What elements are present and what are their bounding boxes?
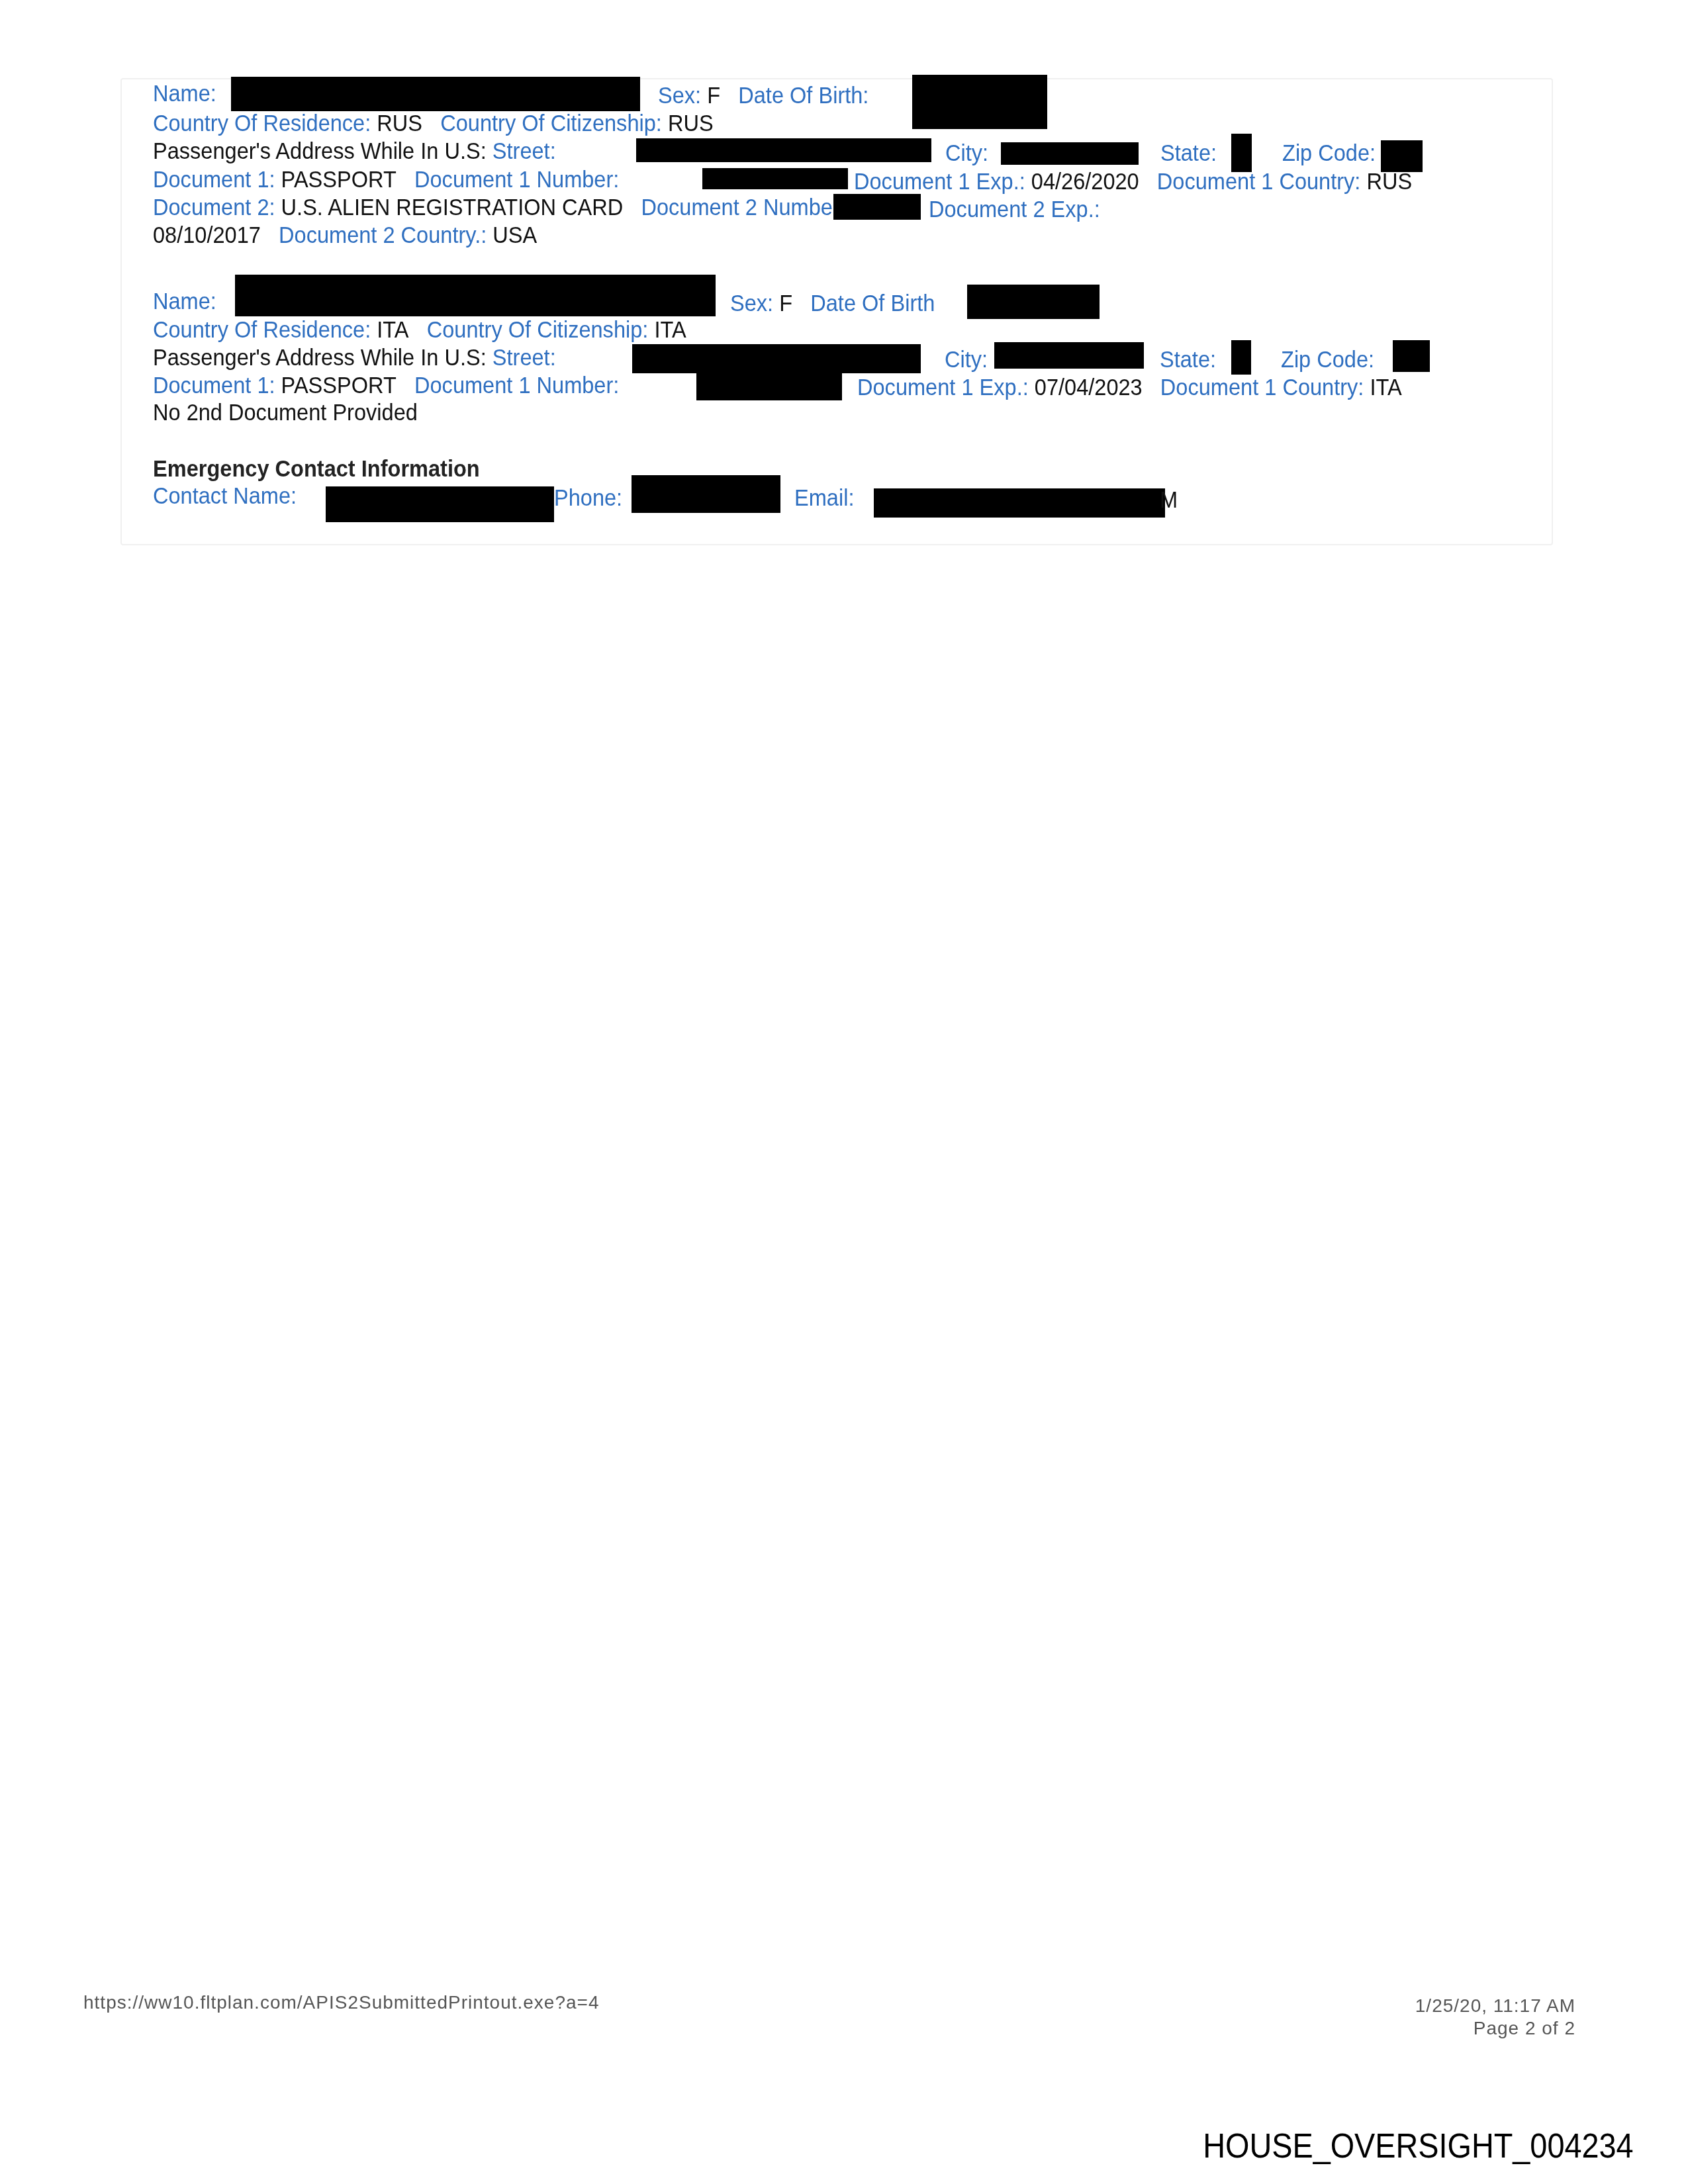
state-label: State: [1160, 140, 1217, 166]
doc2-exp-value: 08/10/2017 [153, 222, 261, 248]
p1-doc1-line: Document 1: PASSPORT Document 1 Number: [153, 167, 619, 193]
doc1-label: Document 1: [153, 167, 275, 193]
doc1-exp-label: Document 1 Exp.: [857, 375, 1029, 400]
residence-label: Country Of Residence: [153, 317, 371, 343]
p1-country-line: Country Of Residence: RUS Country Of Cit… [153, 111, 714, 137]
doc1-value: PASSPORT [281, 167, 397, 193]
p2-doc1-line: Document 1: PASSPORT Document 1 Number: [153, 373, 619, 399]
dob-redaction [912, 75, 1047, 129]
residence-value: ITA [377, 317, 408, 343]
city-label: City: [945, 140, 988, 166]
street-label: Street: [492, 345, 556, 371]
emergency-contact-heading: Emergency Contact Information [153, 456, 480, 482]
name-redaction [235, 275, 716, 316]
zip-label: Zip Code: [1281, 347, 1374, 373]
doc2-label: Document 2: [153, 195, 275, 220]
no-doc2-text: No 2nd Document Provided [153, 400, 418, 426]
city-redaction [994, 342, 1144, 369]
phone-line: Phone: [554, 485, 622, 512]
p2-city: City: [945, 347, 988, 373]
doc2-country-label: Document 2 Country.: [279, 222, 487, 248]
street-redaction [632, 344, 921, 373]
phone-label: Phone: [554, 485, 622, 511]
footer-timestamp: 1/25/20, 11:17 AM [1415, 1995, 1575, 2017]
street-label: Street: [492, 138, 556, 164]
citizenship-label: Country Of Citizenship: [440, 111, 662, 136]
city-redaction [1001, 142, 1139, 165]
bates-number: HOUSE_OVERSIGHT_004234 [1203, 2126, 1634, 2166]
contact-name-redaction [326, 486, 554, 522]
p1-name-line: Name: [153, 81, 216, 107]
email-line: Email: [794, 485, 854, 512]
state-redaction [1231, 134, 1252, 172]
sex-value: F [779, 291, 792, 316]
footer-page-number: Page 2 of 2 [1415, 2017, 1575, 2040]
street-redaction [636, 138, 931, 162]
doc1-number-label: Document 1 Number: [414, 167, 619, 193]
dob-label: Date Of Birth: [738, 83, 868, 109]
citizenship-value: ITA [654, 317, 686, 343]
contact-name-line: Contact Name: [153, 483, 297, 510]
zip-redaction [1381, 140, 1423, 172]
doc2-country-value: USA [492, 222, 537, 248]
city-label: City: [945, 347, 988, 373]
doc1-country-value: ITA [1370, 375, 1401, 400]
p2-address-line: Passenger's Address While In U.S: Street… [153, 345, 556, 371]
p2-name-line: Name: [153, 289, 216, 315]
p2-state: State: [1160, 347, 1216, 373]
name-label: Name: [153, 289, 216, 314]
contact-name-label: Contact Name: [153, 483, 297, 509]
p1-doc2-exp: Document 2 Exp.: [929, 197, 1100, 223]
doc1-value: PASSPORT [281, 373, 397, 398]
address-label: Passenger's Address While In U.S: [153, 138, 487, 164]
name-label: Name: [153, 81, 216, 107]
doc1-number-redaction [696, 372, 842, 400]
p1-doc1-exp-country: Document 1 Exp.: 04/26/2020 Document 1 C… [854, 169, 1412, 195]
doc2-exp-label: Document 2 Exp.: [929, 197, 1100, 222]
p2-zip: Zip Code: [1281, 347, 1374, 373]
zip-label: Zip Code: [1282, 140, 1376, 166]
footer-url: https://ww10.fltplan.com/APIS2SubmittedP… [83, 1992, 600, 2013]
p2-no-doc2-line: No 2nd Document Provided [153, 400, 418, 426]
state-redaction [1231, 340, 1251, 375]
p1-city-state-zip: City: [945, 140, 988, 167]
citizenship-label: Country Of Citizenship: [427, 317, 649, 343]
email-visible-tail: M [1160, 487, 1178, 513]
zip-redaction [1393, 340, 1430, 372]
doc1-number-redaction [702, 168, 848, 189]
doc2-number-redaction [833, 194, 921, 220]
residence-label: Country Of Residence: [153, 111, 371, 136]
footer-meta: 1/25/20, 11:17 AM Page 2 of 2 [1415, 1995, 1575, 2040]
p2-doc1-exp-country: Document 1 Exp.: 07/04/2023 Document 1 C… [857, 375, 1402, 401]
p1-sex-dob: Sex: F Date Of Birth: [658, 83, 868, 109]
doc1-country-label: Document 1 Country: [1160, 375, 1364, 400]
doc2-number-label: Document 2 Number: [641, 195, 845, 220]
doc1-country-value: RUS [1366, 169, 1412, 195]
doc1-exp-value: 04/26/2020 [1031, 169, 1139, 195]
sex-value: F [707, 83, 720, 109]
sex-label: Sex: [658, 83, 701, 109]
doc1-label: Document 1: [153, 373, 275, 398]
p1-state: State: [1160, 140, 1217, 167]
email-redaction [874, 488, 1165, 518]
email-label: Email: [794, 485, 854, 511]
name-redaction [231, 77, 640, 111]
p1-doc2-exp-country-line: 08/10/2017 Document 2 Country.: USA [153, 222, 537, 249]
doc1-exp-value: 07/04/2023 [1035, 375, 1143, 400]
p1-doc2-line: Document 2: U.S. ALIEN REGISTRATION CARD… [153, 195, 846, 221]
doc1-country-label: Document 1 Country: [1157, 169, 1361, 195]
sex-label: Sex: [730, 291, 773, 316]
doc1-number-label: Document 1 Number: [414, 373, 619, 398]
state-label: State: [1160, 347, 1216, 373]
email-tail: M [1160, 487, 1178, 514]
residence-value: RUS [377, 111, 422, 136]
p2-sex-dob: Sex: F Date Of Birth [730, 291, 935, 317]
p1-address-line: Passenger's Address While In U.S: Street… [153, 138, 556, 165]
doc1-exp-label: Document 1 Exp.: [854, 169, 1025, 195]
citizenship-value: RUS [668, 111, 714, 136]
doc2-value: U.S. ALIEN REGISTRATION CARD [281, 195, 624, 220]
address-label: Passenger's Address While In U.S: [153, 345, 487, 371]
dob-redaction [967, 285, 1100, 319]
dob-label: Date Of Birth [810, 291, 935, 316]
p2-country-line: Country Of Residence: ITA Country Of Cit… [153, 317, 686, 343]
p1-zip: Zip Code: [1282, 140, 1376, 167]
phone-redaction [632, 475, 780, 513]
